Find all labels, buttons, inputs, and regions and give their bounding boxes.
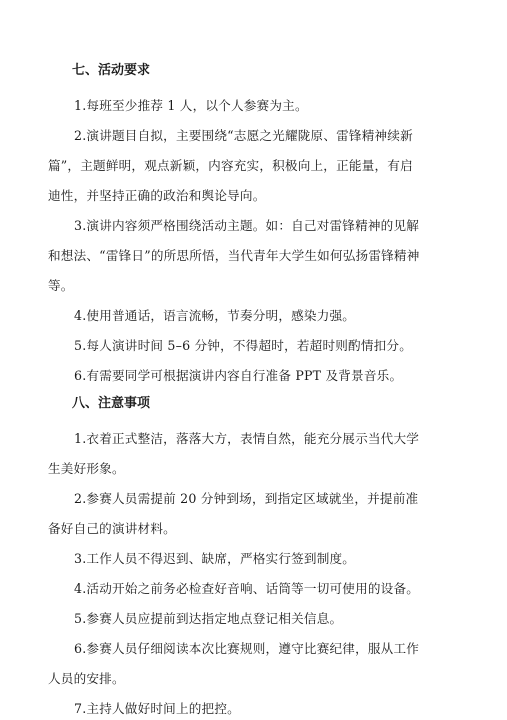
document-body: 七、活动要求 1.每班至少推荐 1 人，以个人参赛为主。 2.演讲题目自拟，主要… — [74, 62, 422, 720]
list-item: 1.每班至少推荐 1 人，以个人参赛为主。 — [48, 91, 422, 121]
list-item: 2.参赛人员需提前 20 分钟到场，到指定区域就坐，并提前准备好自己的演讲材料。 — [48, 484, 422, 544]
list-item: 5.每人演讲时间 5–6 分钟，不得超时，若超时则酌情扣分。 — [48, 331, 422, 361]
section-heading-activity-requirements: 七、活动要求 — [72, 62, 422, 80]
list-item: 3.工作人员不得迟到、缺席，严格实行签到制度。 — [48, 544, 422, 574]
notes-list: 1.衣着正式整洁，落落大方，表情自然，能充分展示当代大学生美好形象。 2.参赛人… — [74, 424, 422, 720]
list-item: 1.衣着正式整洁，落落大方，表情自然，能充分展示当代大学生美好形象。 — [48, 424, 422, 484]
document-page: 七、活动要求 1.每班至少推荐 1 人，以个人参赛为主。 2.演讲题目自拟，主要… — [0, 0, 507, 720]
section-heading-notes: 八、注意事项 — [72, 395, 422, 413]
list-item: 4.活动开始之前务必检查好音响、话筒等一切可使用的设备。 — [48, 574, 422, 604]
list-item: 7.主持人做好时间上的把控。 — [48, 694, 422, 720]
list-item: 2.演讲题目自拟，主要围绕“志愿之光耀陇原、雷锋精神续新篇”，主题鲜明，观点新颖… — [48, 121, 422, 211]
list-item: 3.演讲内容须严格围绕活动主题。如：自己对雷锋精神的见解和想法、“雷锋日”的所思… — [48, 211, 422, 301]
activity-requirements-list: 1.每班至少推荐 1 人，以个人参赛为主。 2.演讲题目自拟，主要围绕“志愿之光… — [74, 91, 422, 391]
list-item: 4.使用普通话，语言流畅，节奏分明，感染力强。 — [48, 301, 422, 331]
list-item: 6.有需要同学可根据演讲内容自行准备 PPT 及背景音乐。 — [48, 361, 422, 391]
list-item: 6.参赛人员仔细阅读本次比赛规则，遵守比赛纪律，服从工作人员的安排。 — [48, 634, 422, 694]
list-item: 5.参赛人员应提前到达指定地点登记相关信息。 — [48, 604, 422, 634]
